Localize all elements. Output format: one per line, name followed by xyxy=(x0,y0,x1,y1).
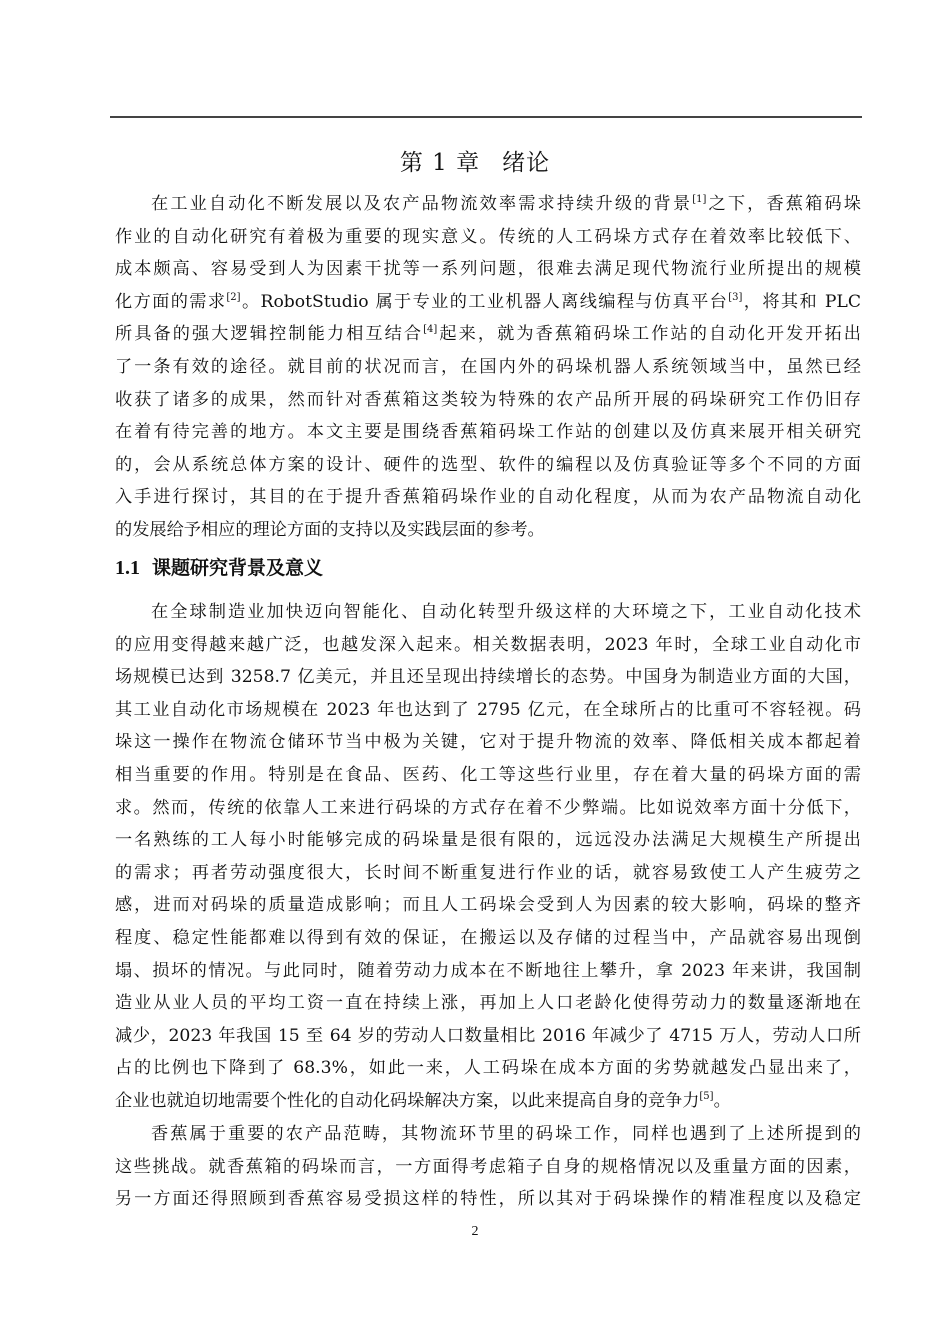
text-line: 塌、损坏的情况。与此同时，随着劳动力成本在不断地往上攀升，拿 2023 年来讲，… xyxy=(115,955,861,988)
text-line: 减少，2023 年我国 15 至 64 岁的劳动人口数量相比 2016 年减少了… xyxy=(115,1020,861,1053)
citation: [3] xyxy=(728,292,742,303)
text-line: 在全球制造业加快迈向智能化、自动化转型升级这样的大环境之下，工业自动化技术 xyxy=(115,596,861,629)
text-line: 垛这一操作在物流仓储环节当中极为关键，它对于提升物流的效率、降低相关成本都起着 xyxy=(115,726,861,759)
header-rule xyxy=(110,116,862,118)
chapter-title: 第 1 章绪论 xyxy=(0,144,950,177)
text-line: 的需求；再者劳动强度很大，长时间不断重复进行作业的话，就容易致使工人产生疲劳之 xyxy=(115,857,861,890)
section-heading: 1.1课题研究背景及意义 xyxy=(115,553,323,580)
text-line: 化方面的需求[2]。RobotStudio 属于专业的工业机器人离线编程与仿真平… xyxy=(115,286,861,319)
chapter-name: 绪论 xyxy=(502,150,550,176)
text-line: 场规模已达到 3258.7 亿美元，并且还呈现出持续增长的态势。中国身为制造业方… xyxy=(115,661,861,694)
text-line: 香蕉属于重要的农产品范畴，其物流环节里的码垛工作，同样也遇到了上述所提到的 xyxy=(115,1118,861,1151)
text-line: 成本颇高、容易受到人为因素干扰等一系列问题，很难去满足现代物流行业所提出的规模 xyxy=(115,253,861,286)
text-line: 一名熟练的工人每小时能够完成的码垛量是很有限的，远远没办法满足大规模生产所提出 xyxy=(115,824,861,857)
text-line: 的发展给予相应的理论方面的支持以及实践层面的参考。 xyxy=(115,514,861,547)
text-line: 其工业自动化市场规模在 2023 年也达到了 2795 亿元，在全球所占的比重可… xyxy=(115,694,861,727)
citation: [1] xyxy=(692,194,706,205)
text-line: 占的比例也下降到了 68.3%，如此一来，人工码垛在成本方面的劣势就越发凸显出来… xyxy=(115,1052,861,1085)
section-title: 课题研究背景及意义 xyxy=(152,557,323,579)
page-number: 2 xyxy=(0,1224,950,1240)
text-line: 在着有待完善的地方。本文主要是围绕香蕉箱码垛工作站的创建以及仿真来展开相关研究 xyxy=(115,416,861,449)
text-line: 入手进行探讨，其目的在于提升香蕉箱码垛作业的自动化程度，从而为农产品物流自动化 xyxy=(115,481,861,514)
citation: [2] xyxy=(226,292,240,303)
text-line: 这些挑战。就香蕉箱的码垛而言，一方面得考虑箱子自身的规格情况以及重量方面的因素， xyxy=(115,1151,861,1184)
text-line: 求。然而，传统的依靠人工来进行码垛的方式存在着不少弊端。比如说效率方面十分低下， xyxy=(115,792,861,825)
chapter-number: 第 1 章 xyxy=(400,150,480,176)
text-line: 程度、稳定性能都难以得到有效的保证，在搬运以及存储的过程当中，产品就容易出现倒 xyxy=(115,922,861,955)
text-line: 所具备的强大逻辑控制能力相互结合[4]起来，就为香蕉箱码垛工作站的自动化开发开拓… xyxy=(115,318,861,351)
text-line: 的，会从系统总体方案的设计、硬件的选型、软件的编程以及仿真验证等多个不同的方面 xyxy=(115,449,861,482)
text-line: 企业也就迫切地需要个性化的自动化码垛解决方案，以此来提高自身的竞争力[5]。 xyxy=(115,1085,861,1118)
text-line: 在工业自动化不断发展以及农产品物流效率需求持续升级的背景[1]之下，香蕉箱码垛 xyxy=(115,188,861,221)
background-paragraph-2: 香蕉属于重要的农产品范畴，其物流环节里的码垛工作，同样也遇到了上述所提到的 这些… xyxy=(115,1118,861,1216)
citation: [5] xyxy=(699,1091,713,1102)
text-line: 相当重要的作用。特别是在食品、医药、化工等这些行业里，存在着大量的码垛方面的需 xyxy=(115,759,861,792)
background-paragraph-1: 在全球制造业加快迈向智能化、自动化转型升级这样的大环境之下，工业自动化技术 的应… xyxy=(115,596,861,1118)
intro-paragraph: 在工业自动化不断发展以及农产品物流效率需求持续升级的背景[1]之下，香蕉箱码垛 … xyxy=(115,188,861,547)
text-line: 的应用变得越来越广泛，也越发深入起来。相关数据表明，2023 年时，全球工业自动… xyxy=(115,629,861,662)
text-line: 感，进而对码垛的质量造成影响；而且人工码垛会受到人为因素的较大影响，码垛的整齐 xyxy=(115,889,861,922)
text-line: 作业的自动化研究有着极为重要的现实意义。传统的人工码垛方式存在着效率比较低下、 xyxy=(115,221,861,254)
text-line: 造业从业人员的平均工资一直在持续上涨，再加上人口老龄化使得劳动力的数量逐渐地在 xyxy=(115,987,861,1020)
citation: [4] xyxy=(423,324,437,335)
section-number: 1.1 xyxy=(115,557,140,579)
text-line: 收获了诸多的成果，然而针对香蕉箱这类较为特殊的农产品所开展的码垛研究工作仍旧存 xyxy=(115,384,861,417)
text-line: 另一方面还得照顾到香蕉容易受损这样的特性，所以其对于码垛操作的精准程度以及稳定 xyxy=(115,1183,861,1216)
text-line: 了一条有效的途径。就目前的状况而言，在国内外的码垛机器人系统领域当中，虽然已经 xyxy=(115,351,861,384)
